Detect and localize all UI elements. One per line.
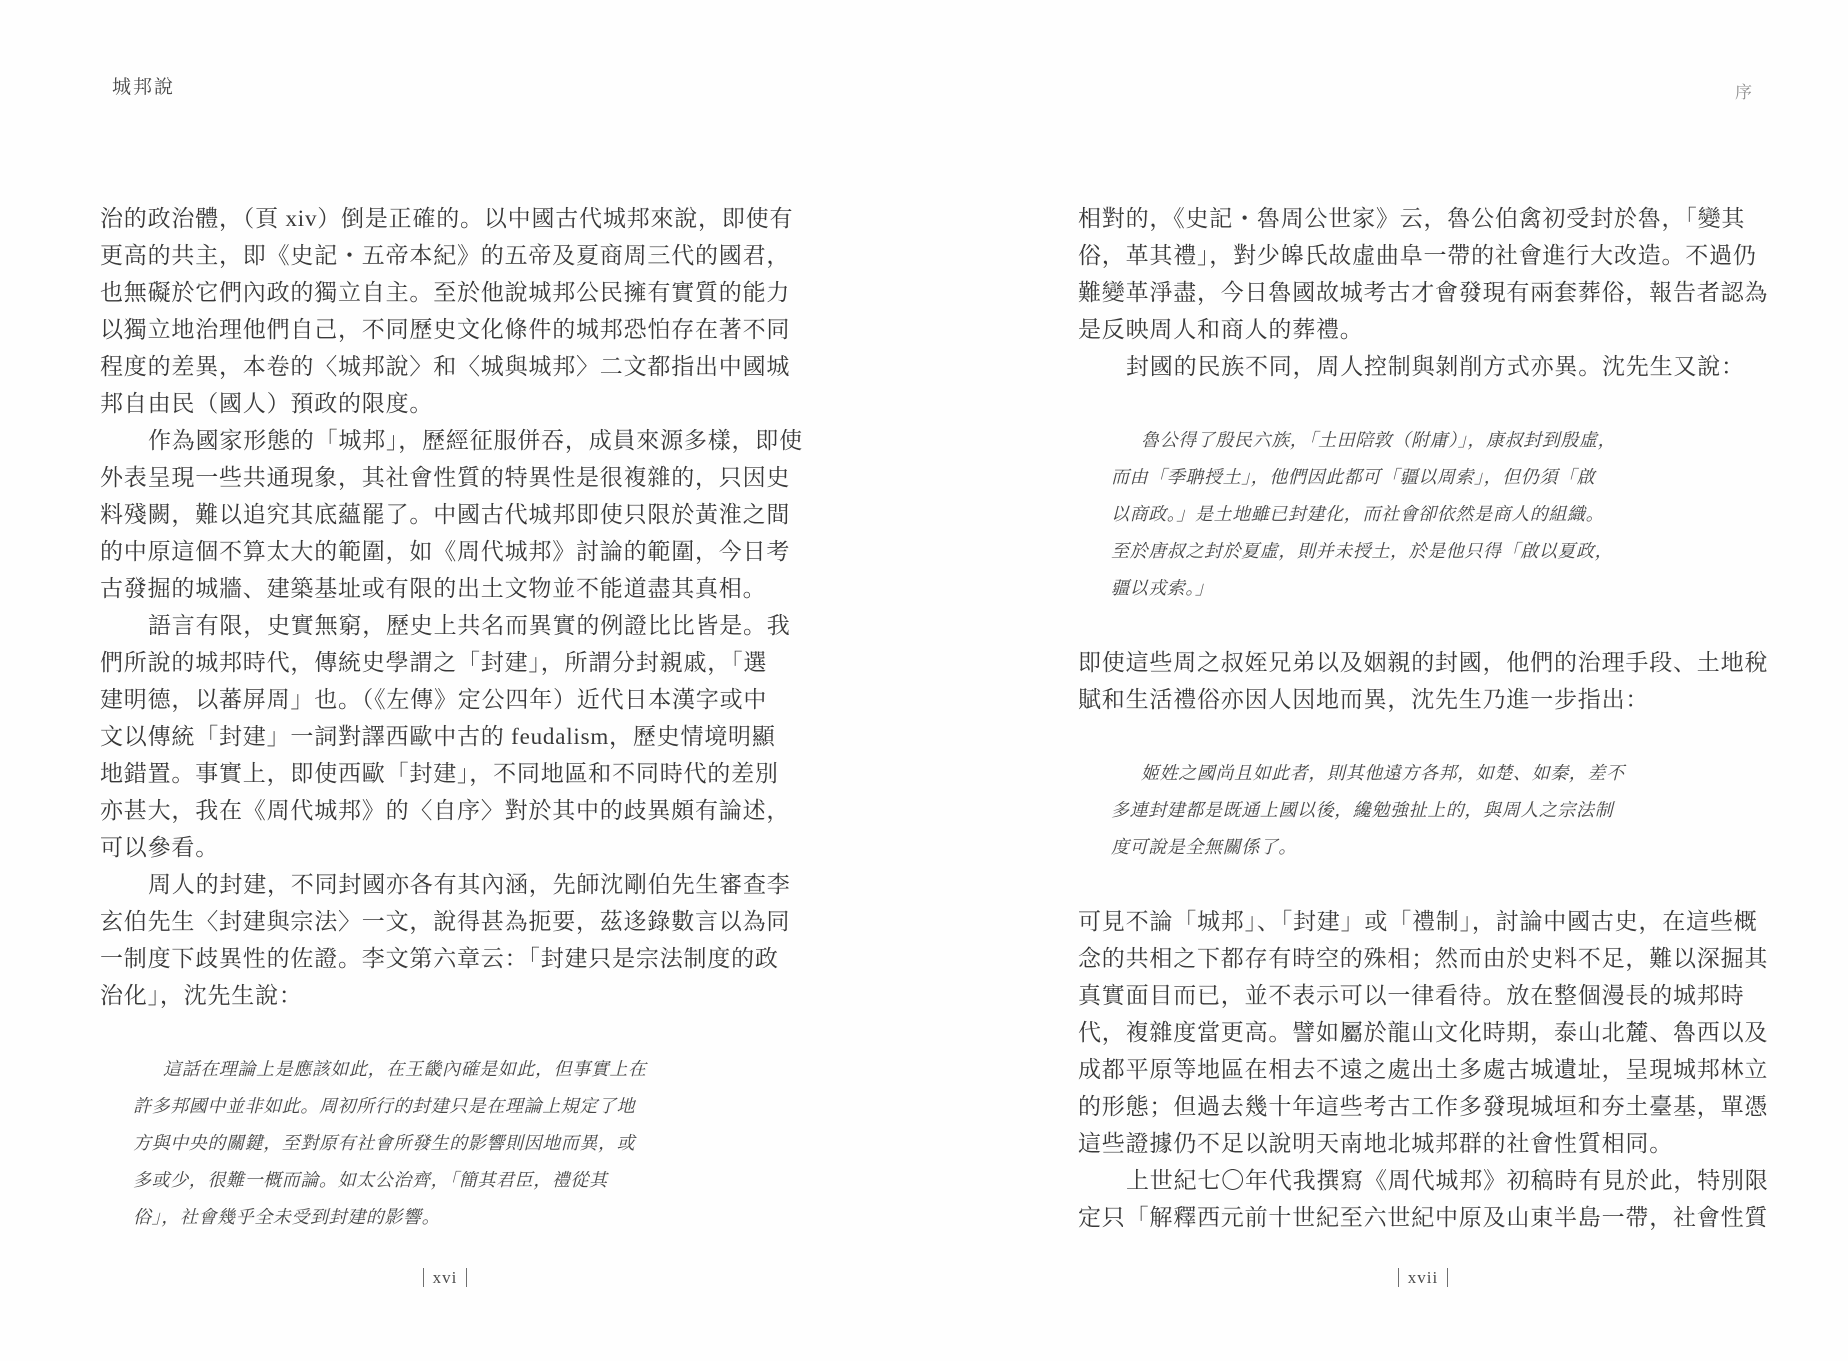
body-paragraph: 相對的，《史記・魯周公世家》云，魯公伯禽初受封於魯，「變其俗，革其禮」，對少皞氏…: [1078, 200, 1768, 348]
text-line: 難變革淨盡，今日魯國故城考古才會發現有兩套葬俗，報告者認為: [1078, 274, 1768, 311]
text-line: 許多邦國中並非如此。周初所行的封建只是在理論上規定了地: [133, 1088, 790, 1125]
text-line: 這些證據仍不足以說明天南地北城邦群的社會性質相同。: [1078, 1125, 1768, 1162]
text-line: 定只「解釋西元前十世紀至六世紀中原及山東半島一帶，社會性質: [1078, 1199, 1768, 1236]
text-line: 而由「季聃授土」，他們因此都可「疆以周索」，但仍須「啟: [1111, 459, 1768, 496]
text-line: 也無礙於它們內政的獨立自主。至於他說城邦公民擁有實質的能力: [100, 274, 790, 311]
text-line: 治的政治體，（頁 xiv）倒是正確的。以中國古代城邦來說，即使有: [100, 200, 790, 237]
body-paragraph: 即使這些周之叔姪兄弟以及姻親的封國，他們的治理手段、土地稅賦和生活禮俗亦因人因地…: [1078, 644, 1768, 718]
text-line: 多或少，很難一概而論。如太公治齊，「簡其君臣，禮從其: [133, 1162, 790, 1199]
text-line: 一制度下歧異性的佐證。李文第六章云：「封建只是宗法制度的政: [100, 940, 790, 977]
text-line: 的形態；但過去幾十年這些考古工作多發現城垣和夯土臺基，單憑: [1078, 1088, 1768, 1125]
folio-bar: [1447, 1268, 1448, 1287]
text-line: 姬姓之國尚且如此者，則其他遠方各邦，如楚、如秦，差不: [1111, 755, 1768, 792]
text-line: 古發掘的城牆、建築基址或有限的出土文物並不能道盡其真相。: [100, 570, 790, 607]
text-line: 的中原這個不算太大的範圍，如《周代城邦》討論的範圍，今日考: [100, 533, 790, 570]
text-line: 封國的民族不同，周人控制與剝削方式亦異。沈先生又說：: [1078, 348, 1768, 385]
text-line: 以獨立地治理他們自己，不同歷史文化條件的城邦恐怕存在著不同: [100, 311, 790, 348]
body-paragraph: 上世紀七〇年代我撰寫《周代城邦》初稿時有見於此，特別限定只「解釋西元前十世紀至六…: [1078, 1162, 1768, 1236]
body-paragraph: 封國的民族不同，周人控制與剝削方式亦異。沈先生又說：: [1078, 348, 1768, 385]
text-line: 以商政。」是土地雖已封建化，而社會卻依然是商人的組織。: [1111, 496, 1768, 533]
block-quote: 這話在理論上是應該如此，在王畿內確是如此，但事實上在許多邦國中並非如此。周初所行…: [133, 1051, 790, 1236]
text-line: 周人的封建，不同封國亦各有其內涵，先師沈剛伯先生審查李: [100, 866, 790, 903]
text-line: 語言有限，史實無窮，歷史上共名而異實的例證比比皆是。我: [100, 607, 790, 644]
body-paragraph: 周人的封建，不同封國亦各有其內涵，先師沈剛伯先生審查李玄伯先生〈封建與宗法〉一文…: [100, 866, 790, 1014]
text-line: 更高的共主，即《史記・五帝本紀》的五帝及夏商周三代的國君，: [100, 237, 790, 274]
text-line: 方與中央的關鍵，至對原有社會所發生的影響則因地而異，或: [133, 1125, 790, 1162]
text-line: 相對的，《史記・魯周公世家》云，魯公伯禽初受封於魯，「變其: [1078, 200, 1768, 237]
text-line: 俗」，社會幾乎全未受到封建的影響。: [133, 1199, 790, 1236]
text-line: 至於唐叔之封於夏虛，則并未授土，於是他只得「啟以夏政，: [1111, 533, 1768, 570]
text-line: 程度的差異，本卷的〈城邦說〉和〈城與城邦〉二文都指出中國城: [100, 348, 790, 385]
folio-number: xvi: [433, 1268, 458, 1287]
text-line: 們所說的城邦時代，傳統史學謂之「封建」，所謂分封親戚，「選: [100, 644, 790, 681]
text-line: 建明德，以蕃屏周」也。（《左傳》定公四年）近代日本漢字或中: [100, 681, 790, 718]
text-line: 多連封建都是既通上國以後，纔勉強扯上的，與周人之宗法制: [1111, 792, 1768, 829]
text-line: 魯公得了殷民六族，「土田陪敦（附庸）」，康叔封到殷虛，: [1111, 422, 1768, 459]
page-number-right: xvii: [1078, 1268, 1768, 1288]
text-line: 真實面目而已，並不表示可以一律看待。放在整個漫長的城邦時: [1078, 977, 1768, 1014]
folio-bar: [466, 1268, 467, 1287]
body-paragraph: 作為國家形態的「城邦」，歷經征服併吞，成員來源多樣，即使外表呈現一些共通現象，其…: [100, 422, 790, 607]
text-line: 可以參看。: [100, 829, 790, 866]
text-line: 邦自由民（國人）預政的限度。: [100, 385, 790, 422]
body-paragraph: 語言有限，史實無窮，歷史上共名而異實的例證比比皆是。我們所說的城邦時代，傳統史學…: [100, 607, 790, 866]
text-line: 外表呈現一些共通現象，其社會性質的特異性是很複雜的，只因史: [100, 459, 790, 496]
text-line: 作為國家形態的「城邦」，歷經征服併吞，成員來源多樣，即使: [100, 422, 790, 459]
running-header-book-title: 城邦說: [112, 72, 175, 99]
text-line: 念的共相之下都存有時空的殊相；然而由於史料不足，難以深掘其: [1078, 940, 1768, 977]
text-line: 亦甚大，我在《周代城邦》的〈自序〉對於其中的歧異頗有論述，: [100, 792, 790, 829]
body-paragraph: 可見不論「城邦」、「封建」或「禮制」，討論中國古史，在這些概念的共相之下都存有時…: [1078, 903, 1768, 1162]
text-line: 俗，革其禮」，對少皞氏故虛曲阜一帶的社會進行大改造。不過仍: [1078, 237, 1768, 274]
folio-number: xvii: [1408, 1268, 1438, 1287]
text-line: 地錯置。事實上，即使西歐「封建」，不同地區和不同時代的差別: [100, 755, 790, 792]
text-line: 成都平原等地區在相去不遠之處出土多處古城遺址，呈現城邦林立: [1078, 1051, 1768, 1088]
text-line: 這話在理論上是應該如此，在王畿內確是如此，但事實上在: [133, 1051, 790, 1088]
text-line: 治化」，沈先生說：: [100, 977, 790, 1014]
folio-bar: [1398, 1268, 1399, 1287]
block-quote: 魯公得了殷民六族，「土田陪敦（附庸）」，康叔封到殷虛，而由「季聃授土」，他們因此…: [1111, 422, 1768, 607]
text-line: 度可說是全無關係了。: [1111, 829, 1768, 866]
text-line: 可見不論「城邦」、「封建」或「禮制」，討論中國古史，在這些概: [1078, 903, 1768, 940]
text-line: 即使這些周之叔姪兄弟以及姻親的封國，他們的治理手段、土地稅: [1078, 644, 1768, 681]
running-header-chapter-title: 序: [1735, 78, 1754, 103]
text-line: 文以傳統「封建」一詞對譯西歐中古的 feudalism，歷史情境明顯: [100, 718, 790, 755]
book-spread: 城邦說 序 治的政治體，（頁 xiv）倒是正確的。以中國古代城邦來說，即使有更高…: [0, 0, 1848, 1361]
text-line: 玄伯先生〈封建與宗法〉一文，說得甚為扼要，茲迻錄數言以為同: [100, 903, 790, 940]
text-line: 料殘闕，難以追究其底蘊罷了。中國古代城邦即使只限於黃淮之間: [100, 496, 790, 533]
left-page-text-block: 治的政治體，（頁 xiv）倒是正確的。以中國古代城邦來說，即使有更高的共主，即《…: [100, 200, 790, 1273]
text-line: 上世紀七〇年代我撰寫《周代城邦》初稿時有見於此，特別限: [1078, 1162, 1768, 1199]
folio-bar: [423, 1268, 424, 1287]
body-paragraph: 治的政治體，（頁 xiv）倒是正確的。以中國古代城邦來說，即使有更高的共主，即《…: [100, 200, 790, 422]
right-page-text-block: 相對的，《史記・魯周公世家》云，魯公伯禽初受封於魯，「變其俗，革其禮」，對少皞氏…: [1078, 200, 1768, 1236]
text-line: 代，複雜度當更高。譬如屬於龍山文化時期，泰山北麓、魯西以及: [1078, 1014, 1768, 1051]
text-line: 是反映周人和商人的葬禮。: [1078, 311, 1768, 348]
text-line: 賦和生活禮俗亦因人因地而異，沈先生乃進一步指出：: [1078, 681, 1768, 718]
page-number-left: xvi: [100, 1268, 790, 1288]
block-quote: 姬姓之國尚且如此者，則其他遠方各邦，如楚、如秦，差不多連封建都是既通上國以後，纔…: [1111, 755, 1768, 866]
text-line: 疆以戎索。」: [1111, 570, 1768, 607]
